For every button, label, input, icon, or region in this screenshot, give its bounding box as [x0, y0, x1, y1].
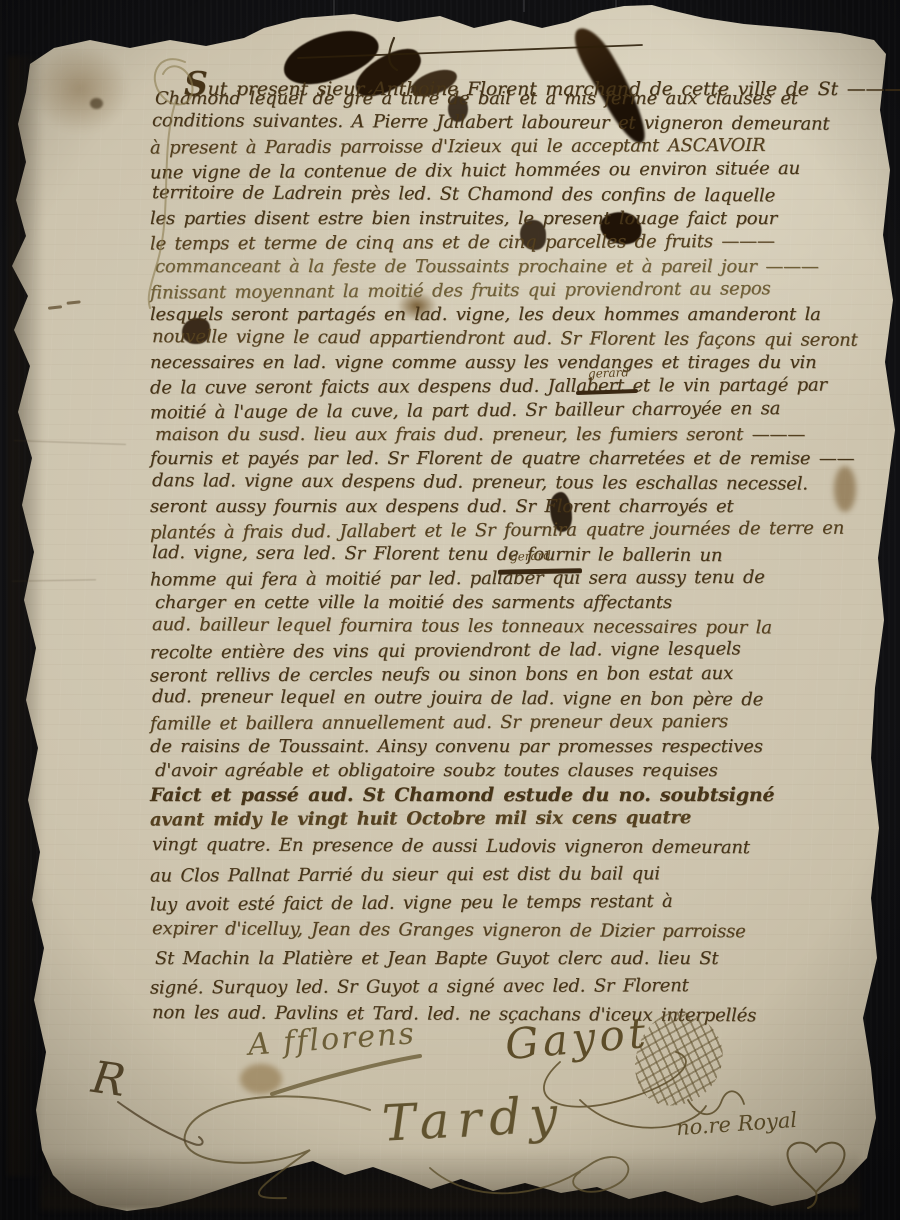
backdrop-seam	[523, 0, 525, 12]
manuscript-line: moitié à l'auge de la cuve, la part dud.…	[150, 398, 862, 427]
corner-stain	[32, 46, 128, 132]
brown-stain	[240, 1064, 282, 1094]
manuscript-line: au Clos Pallnat Parrié du sieur qui est …	[150, 862, 862, 889]
manuscript-line: conditions suivantes. A Pierre Jallabert…	[152, 110, 864, 138]
manuscript-line: lesquels seront partagés en lad. vigne, …	[150, 304, 862, 328]
edge-grime	[40, 1150, 860, 1210]
corner-registration-mark: R	[89, 1052, 129, 1107]
manuscript-line: expirer d'icelluy, Jean des Granges vign…	[152, 918, 864, 946]
manuscript-line: le temps et terme de cinq ans et de cinq…	[150, 230, 862, 257]
manuscript-line: Chamond lequel de gré a titre de bail et…	[155, 88, 867, 112]
manuscript-line: Sut present sieur Anthoine Florent march…	[150, 64, 862, 88]
manuscript-line: necessaires en lad. vigne comme aussy le…	[150, 352, 862, 376]
edge-grime	[8, 56, 44, 1176]
interlinear-insertion: gerard	[588, 365, 630, 380]
manuscript-line: de raisins de Toussaint. Ainsy convenu p…	[150, 736, 862, 760]
manuscript-line: lad. vigne, sera led. Sr Florent tenu de…	[152, 542, 864, 570]
manuscript-line: vingt quatre. En presence de aussi Ludov…	[152, 834, 864, 862]
manuscript-line: les parties disent estre bien instruites…	[150, 208, 862, 232]
manuscript-line: fournis et payés par led. Sr Florent de …	[150, 448, 862, 472]
manuscript-line: avant midy le vingt huit Octobre mil six…	[150, 806, 862, 833]
interlinear-insertion: gerard	[510, 548, 552, 563]
backdrop-seam	[333, 0, 335, 16]
manuscript-line: dud. preneur lequel en outre jouira de l…	[152, 686, 864, 714]
manuscript-line: d'avoir agréable et obligatoire soubz to…	[155, 760, 867, 784]
manuscript-line: nouvelle vigne le caud appartiendront au…	[152, 326, 864, 354]
manuscript-line: charger en cette ville la moitié des sar…	[155, 592, 867, 616]
manuscript-line: commanceant à la feste de Toussaints pro…	[155, 256, 867, 280]
manuscript-line: Faict et passé aud. St Chamond estude du…	[150, 784, 862, 808]
ink-spot	[90, 98, 103, 109]
signature-tardy: Tardy	[381, 1085, 567, 1153]
manuscript-line: territoire de Ladrein près led. St Chamo…	[152, 182, 864, 210]
manuscript-line: famille et baillera annuellement aud. Sr…	[150, 710, 862, 737]
manuscript-text-block: Sut present sieur Anthoine Florent march…	[150, 64, 862, 1028]
manuscript-line: dans lad. vigne aux despens dud. preneur…	[152, 470, 864, 498]
manuscript-line: finissant moyennant la moitié des fruits…	[150, 278, 862, 307]
manuscript-line: St Machin la Platière et Jean Bapte Guyo…	[155, 948, 867, 972]
manuscript-line: maison du susd. lieu aux frais dud. pren…	[155, 424, 867, 448]
manuscript-line: signé. Surquoy led. Sr Guyot a signé ave…	[150, 974, 862, 1001]
manuscript-line: luy avoit esté faict de lad. vigne peu l…	[150, 890, 862, 919]
manuscript-line: seront rellivs de cercles neufs ou sinon…	[150, 662, 862, 689]
manuscript-line: seront aussy fournis aux despens dud. Sr…	[150, 496, 862, 520]
photo-stage: Sut present sieur Anthoine Florent march…	[0, 0, 900, 1220]
